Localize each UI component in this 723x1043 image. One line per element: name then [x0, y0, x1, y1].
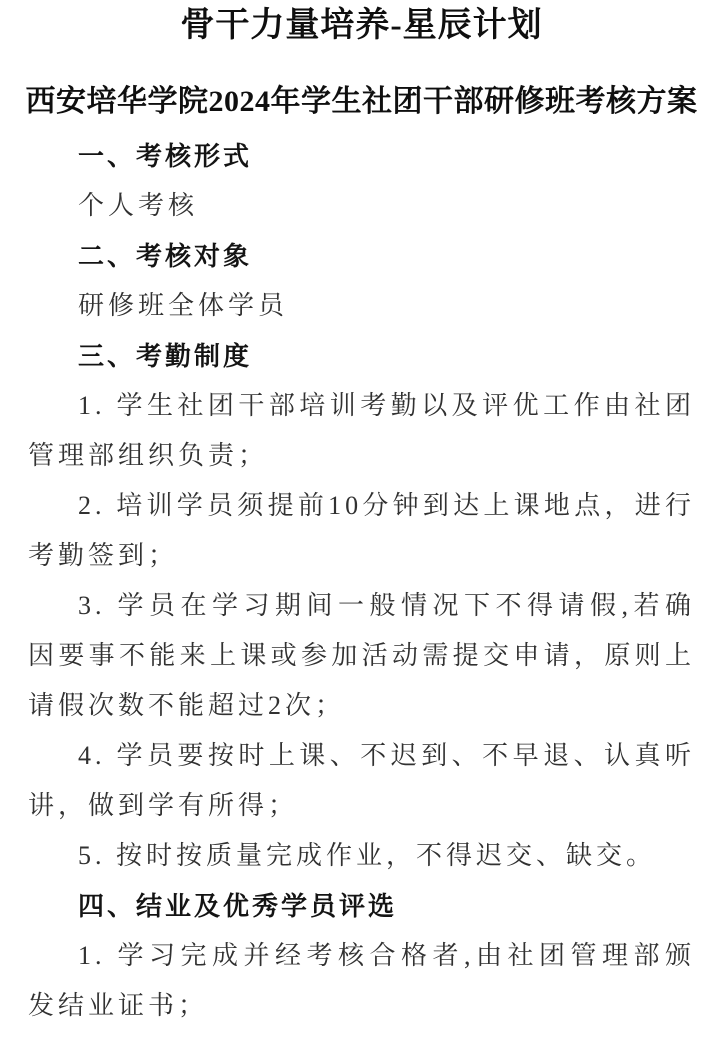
section-heading-2: 二、考核对象 [78, 231, 695, 281]
document-subtitle: 西安培华学院2024年学生社团干部研修班考核方案 [0, 84, 723, 120]
document-title: 骨干力量培养-星辰计划 [0, 4, 723, 48]
paragraph: 3. 学员在学习期间一般情况下不得请假,若确因要事不能来上课或参加活动需提交申请… [28, 581, 695, 731]
paragraph: 1. 学生社团干部培训考勤以及评优工作由社团管理部组织负责； [28, 381, 695, 481]
document-body: 一、考核形式 个人考核 二、考核对象 研修班全体学员 三、考勤制度 1. 学生社… [0, 131, 723, 1031]
section-heading-3: 三、考勤制度 [78, 331, 695, 381]
section-heading-4: 四、结业及优秀学员评选 [78, 881, 695, 931]
paragraph: 4. 学员要按时上课、不迟到、不早退、认真听讲，做到学有所得； [28, 731, 695, 831]
section-heading-1: 一、考核形式 [78, 131, 695, 181]
paragraph: 1. 学习完成并经考核合格者,由社团管理部颁发结业证书； [28, 931, 695, 1031]
paragraph: 个人考核 [28, 181, 695, 231]
document-page: 骨干力量培养-星辰计划 西安培华学院2024年学生社团干部研修班考核方案 一、考… [0, 0, 723, 1043]
paragraph: 2. 培训学员须提前10分钟到达上课地点，进行考勤签到； [28, 481, 695, 581]
paragraph: 研修班全体学员 [28, 281, 695, 331]
paragraph: 5. 按时按质量完成作业，不得迟交、缺交。 [28, 831, 695, 881]
